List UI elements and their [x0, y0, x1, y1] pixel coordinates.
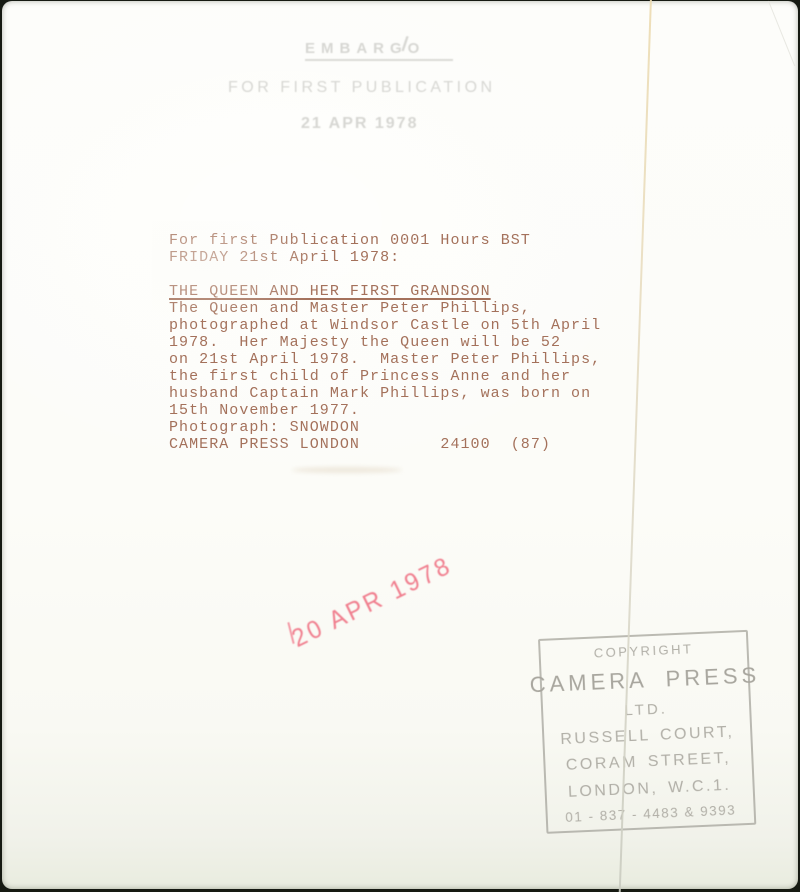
caption-photographer-line: Photograph: SNOWDON [169, 419, 601, 436]
caption-body-line: husband Captain Mark Phillips, was born … [169, 385, 601, 402]
caption-body-line: The Queen and Master Peter Phillips, [169, 300, 601, 317]
copyright-stamp-copyright-line: COPYRIGHT [593, 641, 693, 660]
caption-publication-line: For first Publication 0001 Hours BST [169, 232, 601, 249]
caption-agency-reference-line: CAMERA PRESS LONDON 24100 (87) [169, 436, 601, 453]
caption-body-line: 1978. Her Majesty the Queen will be 52 [169, 334, 601, 351]
embargo-stamp-date-line: 21 APR 1978 [301, 115, 418, 133]
received-date-stamp: 20 APR 1978 [288, 551, 458, 654]
corner-crease-line [768, 1, 795, 66]
caption-blank-line [169, 266, 601, 283]
copyright-stamp-ltd-line: LTD. [624, 700, 668, 719]
copyright-stamp-phone-line: 01 - 837 - 4483 & 9393 [565, 803, 737, 825]
paper-smudge [292, 467, 402, 473]
embargo-stamp-publication-line: FOR FIRST PUBLICATION [228, 79, 496, 97]
copyright-stamp-address-line: LONDON, W.C.1. [568, 776, 732, 801]
copyright-stamp-address-line: CORAM STREET, [566, 750, 732, 775]
caption-body-line: the first child of Princess Anne and her [169, 368, 601, 385]
caption-body-line: 15th November 1977. [169, 402, 601, 419]
caption-headline: THE QUEEN AND HER FIRST GRANDSON [169, 283, 601, 300]
caption-body-line: on 21st April 1978. Master Peter Phillip… [169, 351, 601, 368]
photo-back-paper: EMBARGO / FOR FIRST PUBLICATION 21 APR 1… [2, 1, 798, 889]
caption-body-line: photographed at Windsor Castle on 5th Ap… [169, 317, 601, 334]
caption-date-line: FRIDAY 21st April 1978: [169, 249, 601, 266]
copyright-stamp-agency-name: CAMERA PRESS [529, 662, 761, 698]
embargo-stamp-underline [305, 59, 453, 61]
copyright-stamp-address-line: RUSSELL COURT, [560, 723, 735, 749]
copyright-stamp-box: COPYRIGHT CAMERA PRESS LTD. RUSSELL COUR… [538, 630, 756, 834]
typed-caption-block: For first Publication 0001 Hours BST FRI… [169, 232, 601, 453]
